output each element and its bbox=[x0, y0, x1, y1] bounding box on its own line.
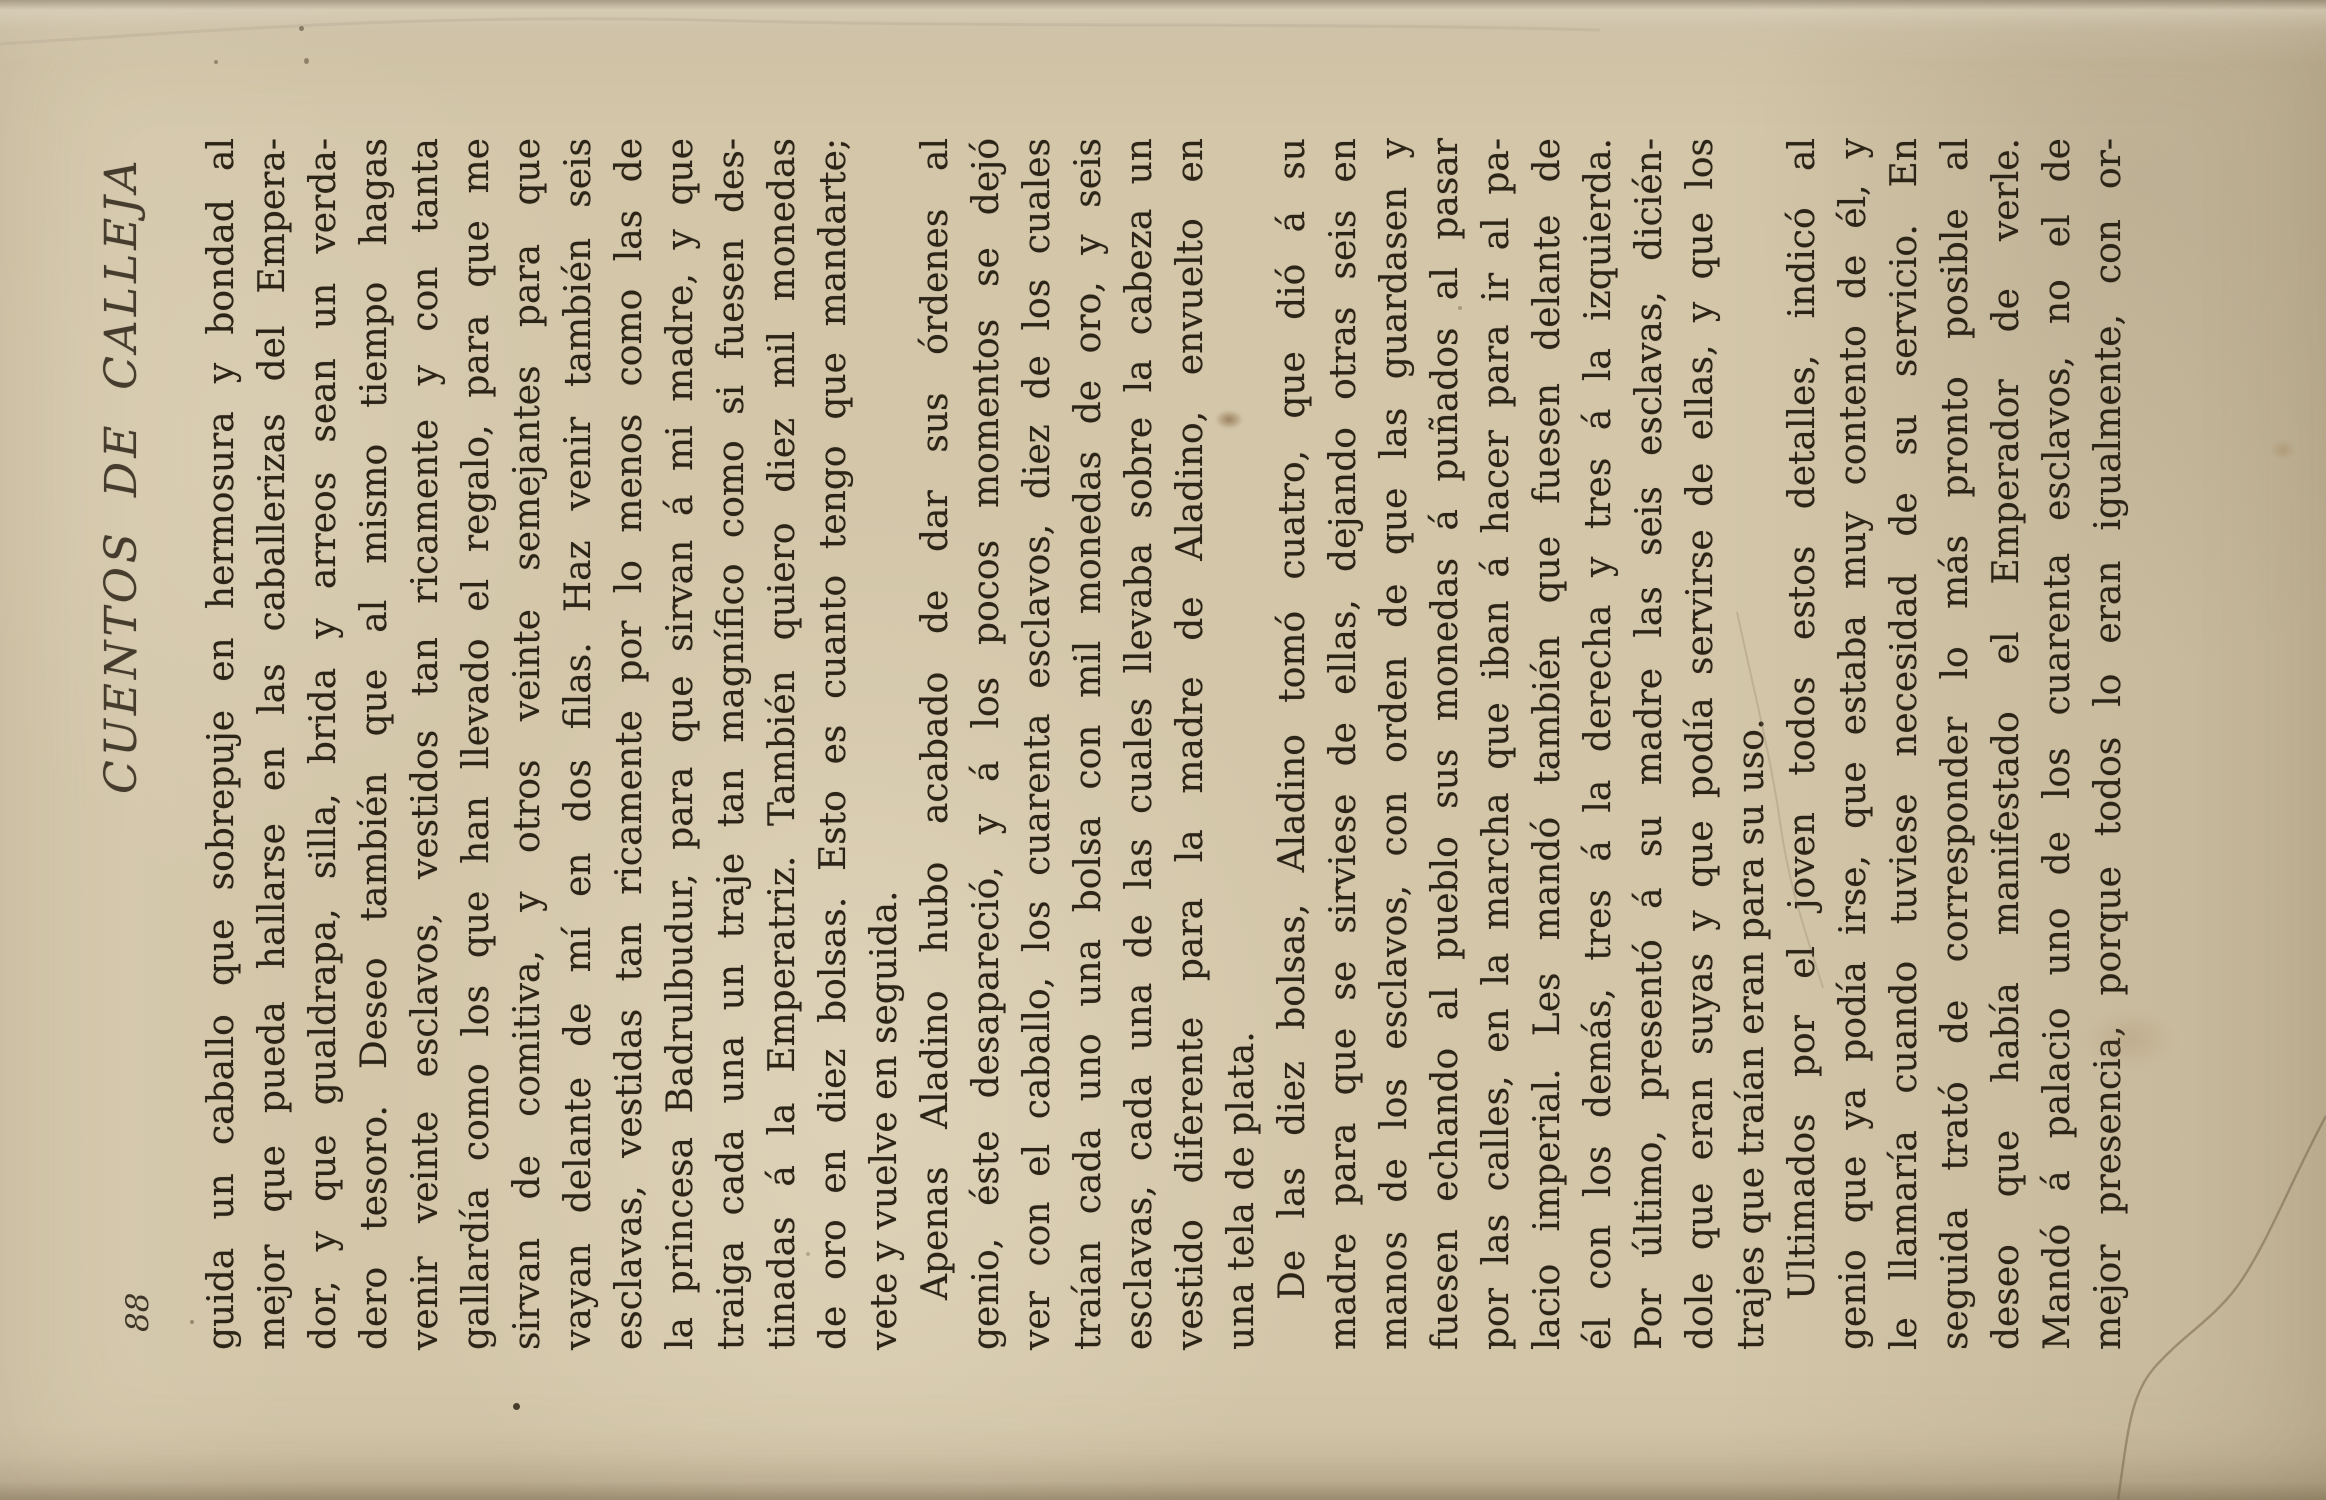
running-head: CUENTOS DE CALLEJA bbox=[96, 156, 147, 794]
text-line: por las calles, en la marcha que iban á … bbox=[1471, 138, 1522, 1350]
text-line: seguida trató de corresponder lo más pro… bbox=[1930, 138, 1981, 1350]
text-line: Ultimados por el joven todos estos detal… bbox=[1777, 138, 1828, 1350]
text-line: vete y vuelve en seguida. bbox=[859, 138, 910, 1350]
text-line: deseo que había manifestado el Emperador… bbox=[1981, 138, 2032, 1350]
text-line: trajes que traían eran para su uso. bbox=[1726, 138, 1777, 1350]
text-line: mejor presencia, porque todos lo eran ig… bbox=[2083, 138, 2134, 1350]
text-line: manos de los esclavos, con orden de que … bbox=[1369, 138, 1420, 1350]
text-line: sirvan de comitiva, y otros veinte semej… bbox=[502, 138, 553, 1350]
text-line: traían cada uno una bolsa con mil moneda… bbox=[1063, 138, 1114, 1350]
text-line: lacio imperial. Les mandó también que fu… bbox=[1522, 138, 1573, 1350]
text-line: él con los demás, tres á la derecha y tr… bbox=[1573, 138, 1624, 1350]
text-line: Mandó á palacio uno de los cuarenta escl… bbox=[2032, 138, 2083, 1350]
text-line: de oro en diez bolsas. Esto es cuanto te… bbox=[808, 138, 859, 1350]
page-text: guida un caballo que sobrepuje en hermos… bbox=[196, 138, 2134, 1350]
text-line: la princesa Badrulbudur, para que sirvan… bbox=[655, 138, 706, 1350]
scanned-book-page: 88 CUENTOS DE CALLEJA guida un caballo q… bbox=[0, 0, 2326, 1500]
text-line: genio que ya podía irse, que estaba muy … bbox=[1828, 138, 1879, 1350]
text-line: le llamaría cuando tuviese necesidad de … bbox=[1879, 138, 1930, 1350]
text-line: vestido diferente para la madre de Aladi… bbox=[1165, 138, 1216, 1350]
text-line: ver con el caballo, los cuarenta esclavo… bbox=[1012, 138, 1063, 1350]
text-line: gallardía como los que han llevado el re… bbox=[451, 138, 502, 1350]
text-line: guida un caballo que sobrepuje en hermos… bbox=[196, 138, 247, 1350]
text-line: madre para que se sirviese de ellas, dej… bbox=[1318, 138, 1369, 1350]
text-line: Por último, presentó á su madre las seis… bbox=[1624, 138, 1675, 1350]
text-line: esclavas, vestidas tan ricamente por lo … bbox=[604, 138, 655, 1350]
text-line: fuesen echando al pueblo sus monedas á p… bbox=[1420, 138, 1471, 1350]
text-line: venir veinte esclavos, vestidos tan rica… bbox=[400, 138, 451, 1350]
text-line: tinadas á la Emperatriz. También quiero … bbox=[757, 138, 808, 1350]
text-line: mejor que pueda hallarse en las caballer… bbox=[247, 138, 298, 1350]
text-line: una tela de plata. bbox=[1216, 138, 1267, 1350]
text-line: De las diez bolsas, Aladino tomó cuatro,… bbox=[1267, 138, 1318, 1350]
book-page: 88 CUENTOS DE CALLEJA guida un caballo q… bbox=[0, 0, 2326, 1500]
text-line: esclavas, cada una de las cuales llevaba… bbox=[1114, 138, 1165, 1350]
text-line: dero tesoro. Deseo también que al mismo … bbox=[349, 138, 400, 1350]
text-line: vayan delante de mí en dos filas. Haz ve… bbox=[553, 138, 604, 1350]
text-line: Apenas Aladino hubo acabado de dar sus ó… bbox=[910, 138, 961, 1350]
text-line: dor, y que gualdrapa, silla, brida y arr… bbox=[298, 138, 349, 1350]
text-line: dole que eran suyas y que podía servirse… bbox=[1675, 138, 1726, 1350]
text-line: traiga cada una un traje tan magnífico c… bbox=[706, 138, 757, 1350]
page-number: 88 bbox=[120, 1293, 156, 1332]
text-line: genio, éste desapareció, y á los pocos m… bbox=[961, 138, 1012, 1350]
